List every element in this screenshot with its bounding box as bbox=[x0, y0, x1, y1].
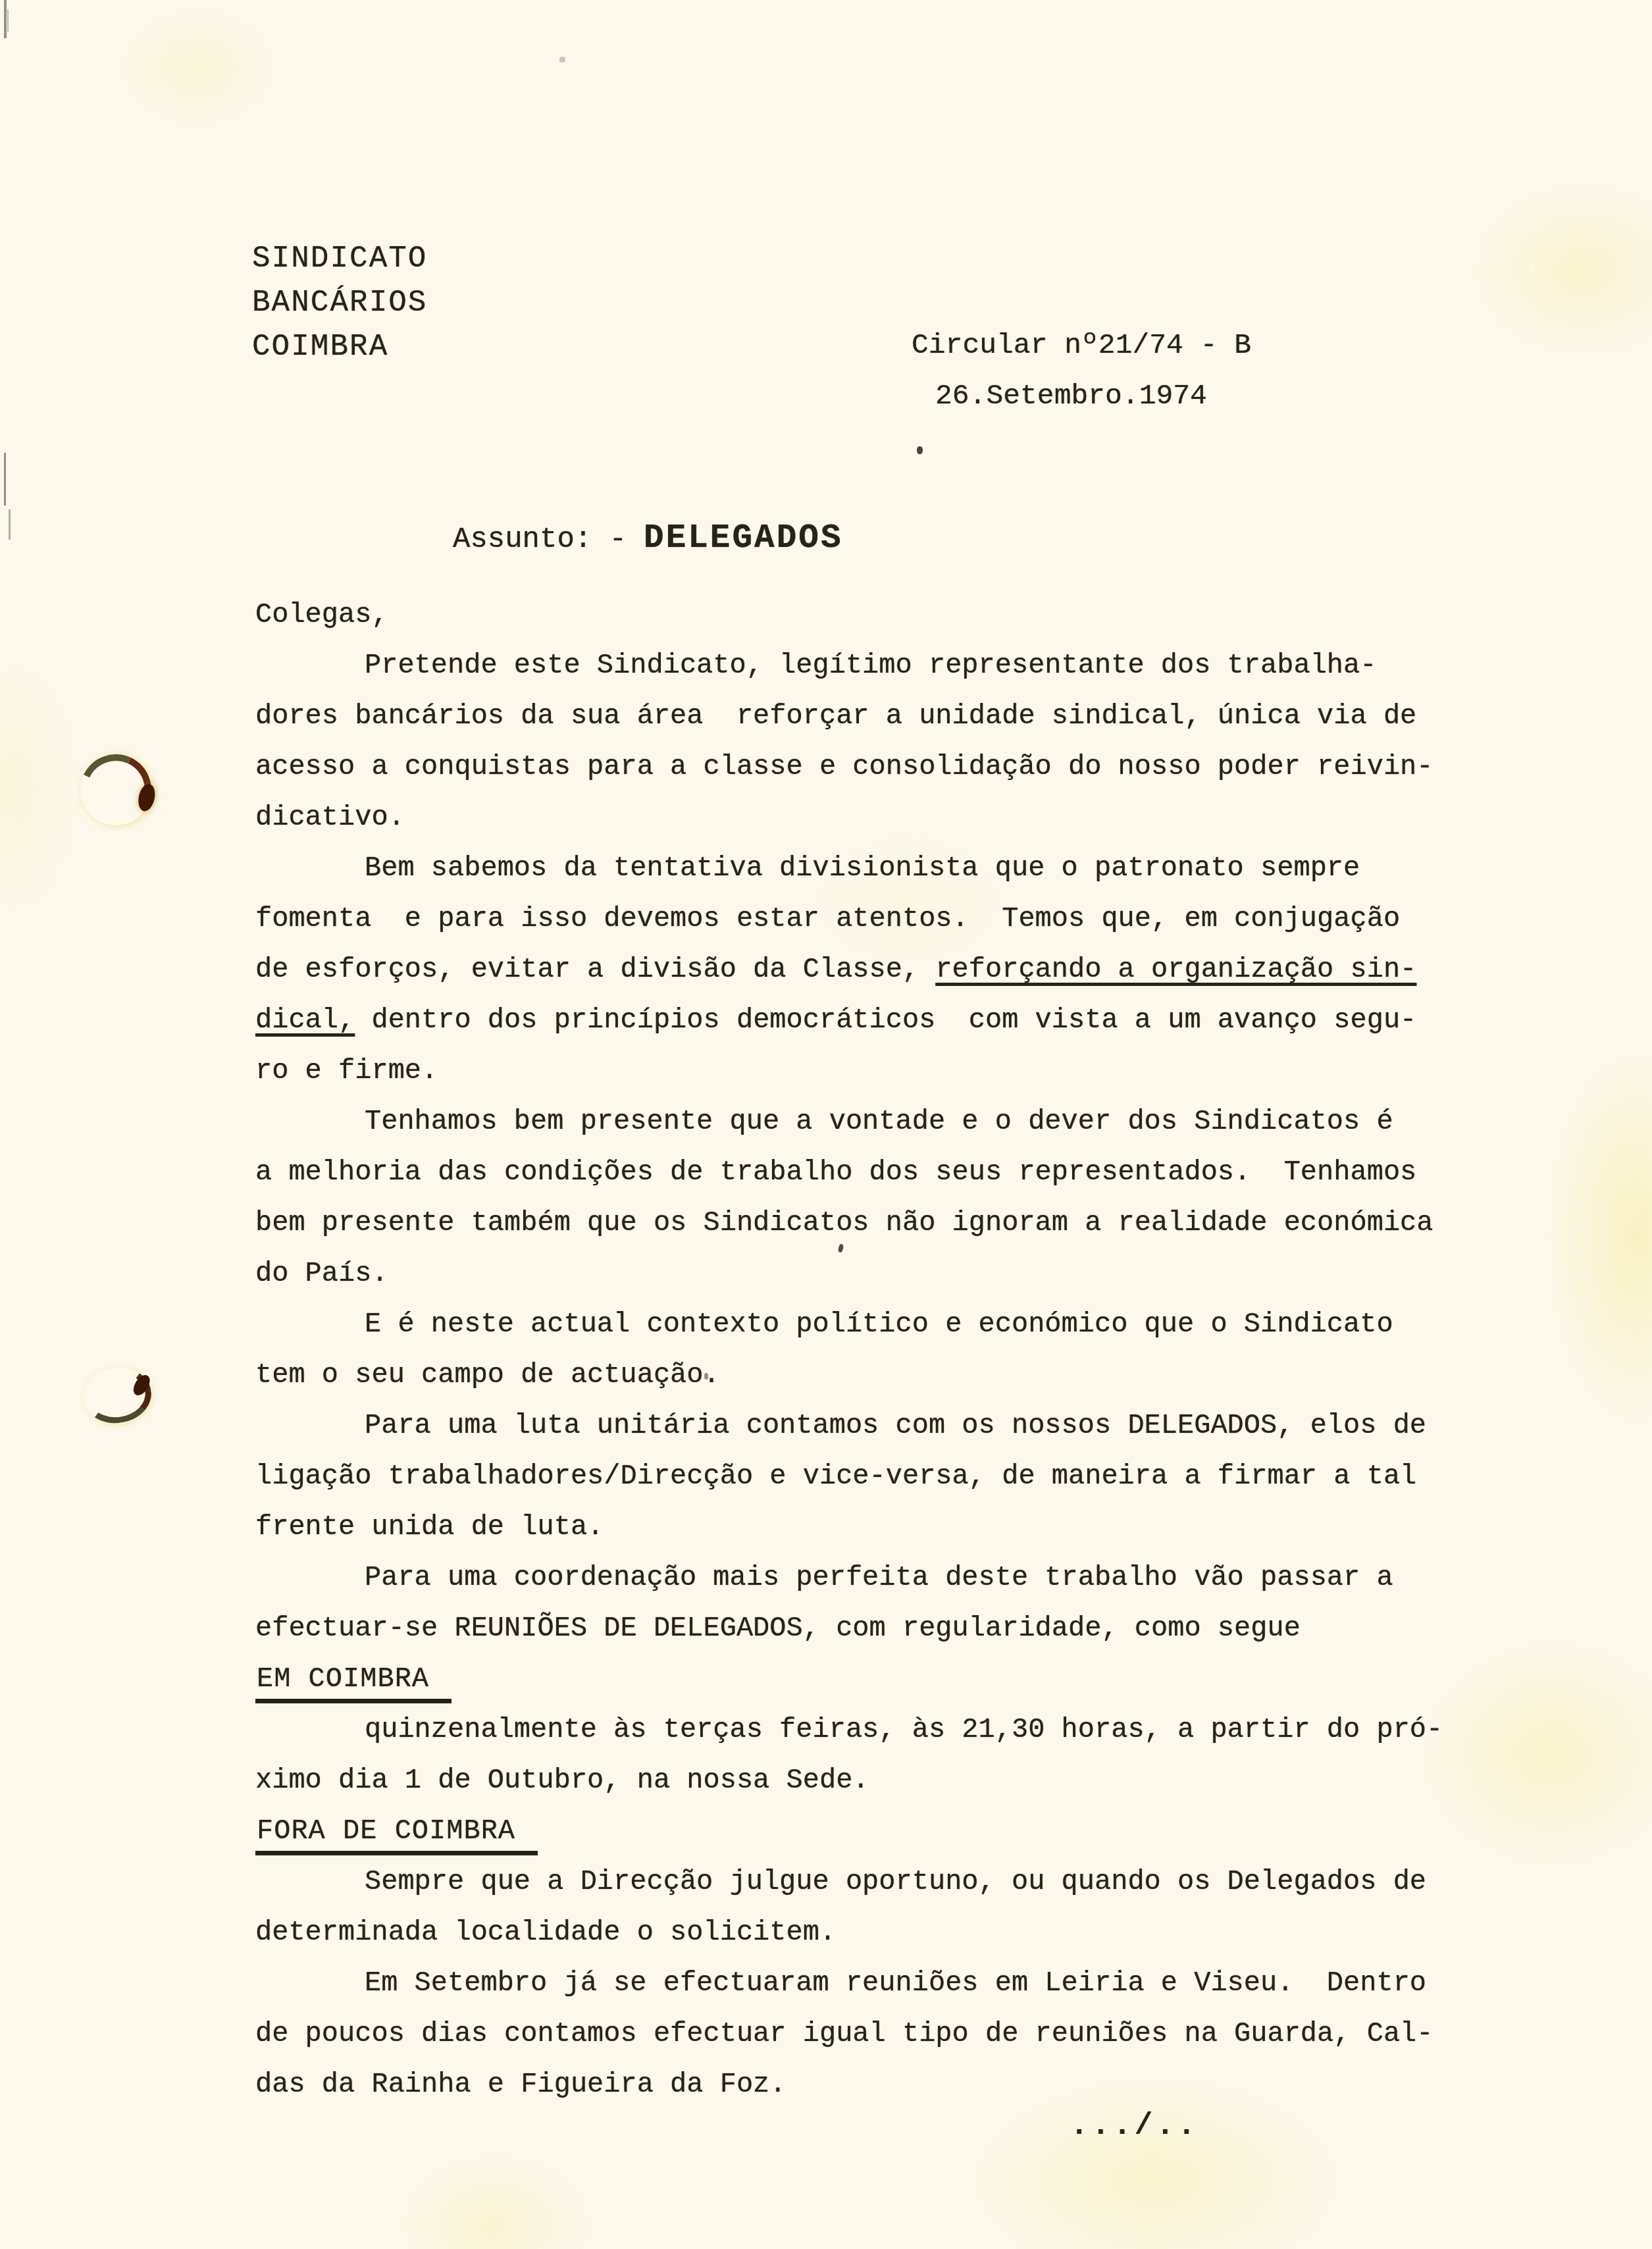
circular-date: 26.Setembro.1974 bbox=[935, 380, 1207, 412]
body-line: ligação trabalhadores/Direcção e vice-ve… bbox=[255, 1451, 1512, 1502]
body-line: dical, dentro dos princípios democrático… bbox=[255, 995, 1512, 1046]
hole-punch-mark bbox=[70, 744, 161, 835]
body-line: Para uma luta unitária contamos com os n… bbox=[255, 1401, 1512, 1451]
body-line: a melhoria das condições de trabalho dos… bbox=[255, 1147, 1512, 1198]
body-line: Sempre que a Direcção julgue oportuno, o… bbox=[255, 1857, 1512, 1907]
body-line: dores bancários da sua área reforçar a u… bbox=[255, 691, 1512, 742]
letter-body: Colegas, Pretende este Sindicato, legíti… bbox=[255, 590, 1512, 2152]
body-line: Para uma coordenação mais perfeita deste… bbox=[255, 1553, 1512, 1603]
body-line: de poucos dias contamos efectuar igual t… bbox=[255, 2009, 1512, 2059]
body-line: Em Setembro já se efectuaram reuniões em… bbox=[255, 1958, 1512, 2009]
body-line: Bem sabemos da tentativa divisionista qu… bbox=[255, 843, 1512, 894]
body-line: de esforços, evitar a divisão da Classe,… bbox=[255, 944, 1512, 995]
edge-mark bbox=[9, 509, 11, 540]
underlined-text: reforçando a organização sin- bbox=[935, 954, 1416, 985]
body-line: Pretende este Sindicato, legítimo repres… bbox=[255, 640, 1512, 691]
section-heading-em-coimbra: EM COIMBRA bbox=[255, 1654, 1512, 1705]
hole-punch-mark bbox=[80, 1363, 155, 1428]
circular-number: Circular nº21/74 - B bbox=[912, 329, 1251, 361]
body-line: fomenta e para isso devemos estar atento… bbox=[255, 894, 1512, 944]
org-line-2: BANCÁRIOS bbox=[252, 281, 427, 325]
body-line: E é neste actual contexto político e eco… bbox=[255, 1299, 1512, 1350]
scanned-letter-page: SINDICATO BANCÁRIOS COIMBRA Circular nº2… bbox=[0, 0, 1652, 2249]
organization-name: SINDICATO BANCÁRIOS COIMBRA bbox=[252, 237, 427, 369]
subject-line: Assunto: -DELEGADOS bbox=[453, 520, 843, 557]
body-line: bem presente também que os Sindicatos nã… bbox=[255, 1198, 1512, 1249]
body-line: tem o seu campo de actuação. bbox=[255, 1350, 1512, 1401]
body-line: dicativo. bbox=[255, 792, 1512, 843]
body-line: Tenhamos bem presente que a vontade e o … bbox=[255, 1097, 1512, 1147]
org-line-1: SINDICATO bbox=[252, 237, 427, 281]
body-line: acesso a conquistas para a classe e cons… bbox=[255, 742, 1512, 792]
edge-mark bbox=[7, 9, 9, 32]
body-line: ro e firme. bbox=[255, 1046, 1512, 1097]
body-line: ximo dia 1 de Outubro, na nossa Sede. bbox=[255, 1755, 1512, 1806]
body-line: quinzenalmente às terças feiras, às 21,3… bbox=[255, 1705, 1512, 1755]
subject-value: DELEGADOS bbox=[644, 520, 842, 557]
body-line: determinada localidade o solicitem. bbox=[255, 1907, 1512, 1958]
salutation: Colegas, bbox=[255, 590, 1512, 640]
ink-dot bbox=[559, 57, 565, 63]
subject-label: Assunto: - bbox=[453, 523, 627, 556]
body-line: do País. bbox=[255, 1249, 1512, 1299]
section-heading-fora-de-coimbra: FORA DE COIMBRA bbox=[255, 1806, 1512, 1857]
ink-dot bbox=[704, 1373, 708, 1380]
edge-mark bbox=[4, 453, 6, 505]
body-line: frente unida de luta. bbox=[255, 1502, 1512, 1553]
body-line: efectuar-se REUNIÕES DE DELEGADOS, com r… bbox=[255, 1603, 1512, 1654]
underlined-text: dical, bbox=[255, 1004, 355, 1036]
org-line-3: COIMBRA bbox=[252, 325, 427, 369]
edge-mark bbox=[4, 0, 7, 38]
ink-dot bbox=[917, 446, 923, 454]
